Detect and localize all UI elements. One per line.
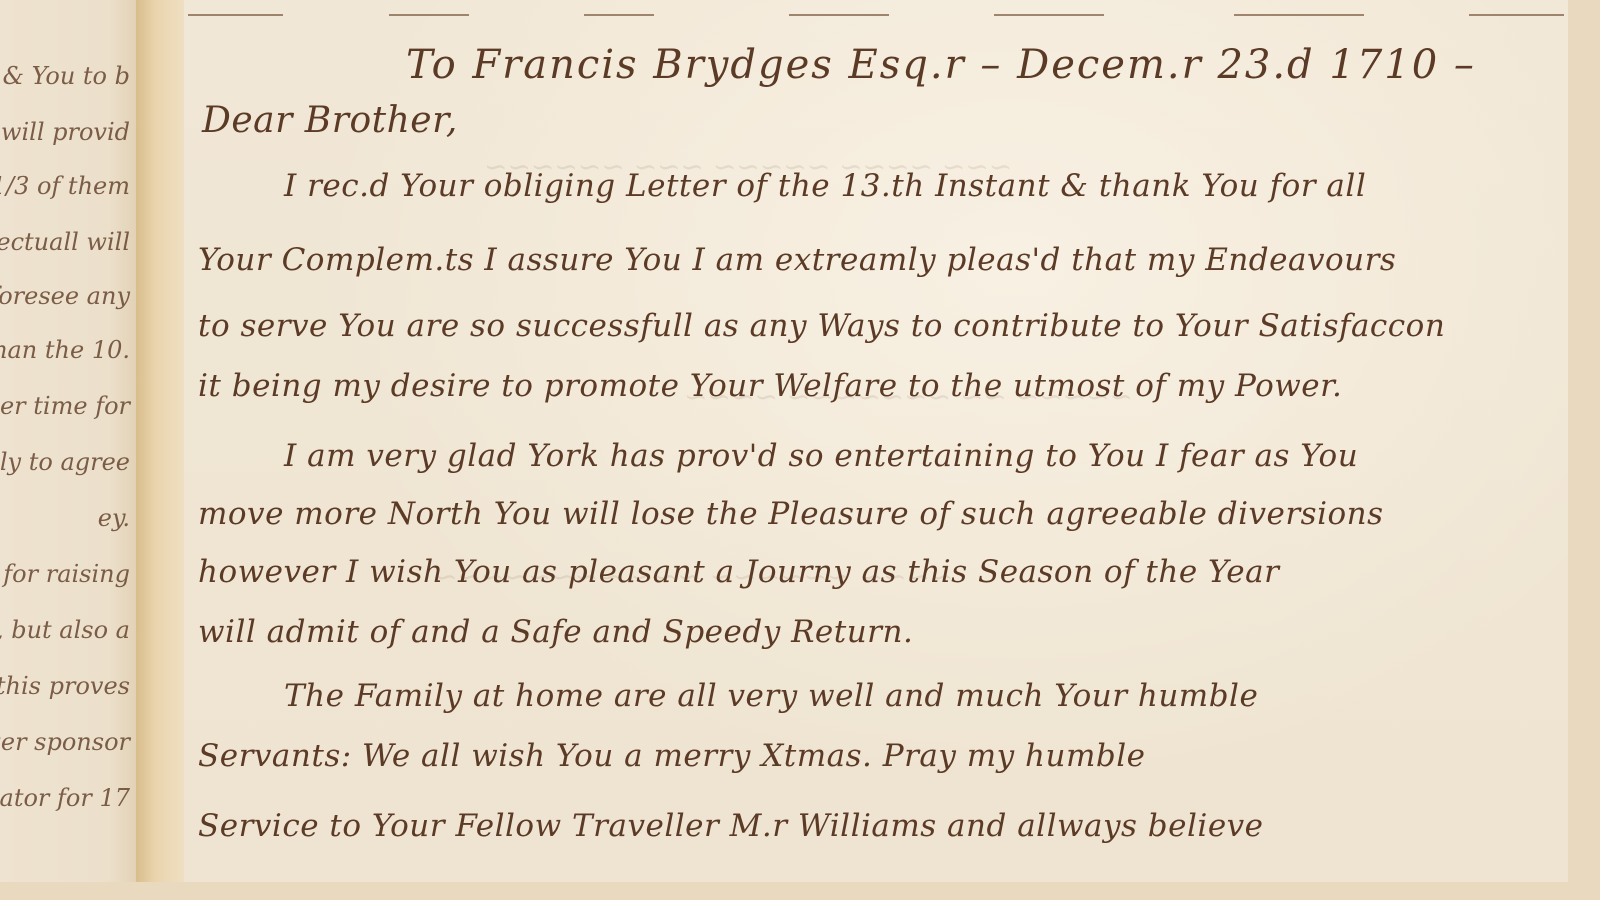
letter-date: Decem.r 23.d 1710 <box>1017 42 1439 88</box>
left-page-line: foresee any <box>0 282 130 310</box>
dash: – <box>980 42 1002 88</box>
book-gutter <box>136 0 184 882</box>
top-rule <box>389 14 469 16</box>
top-rule <box>1234 14 1364 16</box>
letter-line: The Family at home are all very well and… <box>284 678 1258 714</box>
top-rule <box>994 14 1104 16</box>
top-rule <box>188 14 283 16</box>
letter-line: will admit of and a Safe and Speedy Retu… <box>198 614 913 650</box>
letter-line: it being my desire to promote Your Welfa… <box>198 368 1342 404</box>
letter-line: to serve You are so successfull as any W… <box>198 308 1445 344</box>
left-page-line: r. V & You to b <box>0 62 130 90</box>
top-rule <box>789 14 889 16</box>
left-page-line: ey. <box>98 504 130 532</box>
top-rule <box>1469 14 1564 16</box>
left-page-line: nister ever sponsor <box>0 728 130 756</box>
left-page-line: Scheme for raising <box>0 560 130 588</box>
letter-line: Your Complem.ts I assure You I am extrea… <box>198 242 1396 278</box>
letter-heading: To Francis Brydges Esq.r – Decem.r 23.d … <box>406 42 1476 88</box>
recipient: To Francis Brydges Esq.r <box>406 42 966 88</box>
top-rule <box>584 14 654 16</box>
letter-line: I am very glad York has prov'd so entert… <box>284 438 1358 474</box>
left-facing-page: r. V & You to b it I will provid ving 1/… <box>0 0 136 882</box>
left-page-line: ax, but also a <box>0 616 130 644</box>
letter-line: Servants: We all wish You a merry Xtmas.… <box>198 738 1145 774</box>
dash: – <box>1454 42 1476 88</box>
left-page-line: effectuall will <box>0 228 130 256</box>
left-page-line: it I will provid <box>0 118 130 146</box>
letter-line: Service to Your Fellow Traveller M.r Wil… <box>198 808 1264 844</box>
letter-page: ~~~ ~~~~ ~~~~~ ~~~ ~~~~~~ ~~~~~ ~~ ~~~~~… <box>184 0 1568 882</box>
letter-line: I rec.d Your obliging Letter of the 13.t… <box>284 168 1366 204</box>
salutation: Dear Brother, <box>202 100 458 141</box>
left-page-line: if this proves <box>0 672 130 700</box>
left-page-line: likely to agree <box>0 448 130 476</box>
left-page-line: rman the 10. <box>0 336 130 364</box>
left-page-line: ving 1/3 of them <box>0 172 130 200</box>
letter-line: move more North You will lose the Pleasu… <box>198 496 1384 532</box>
left-page-line: her time for <box>0 392 130 420</box>
letter-line: however I wish You as pleasant a Journy … <box>198 554 1279 590</box>
left-page-line: Eliminator for 17 <box>0 784 130 812</box>
